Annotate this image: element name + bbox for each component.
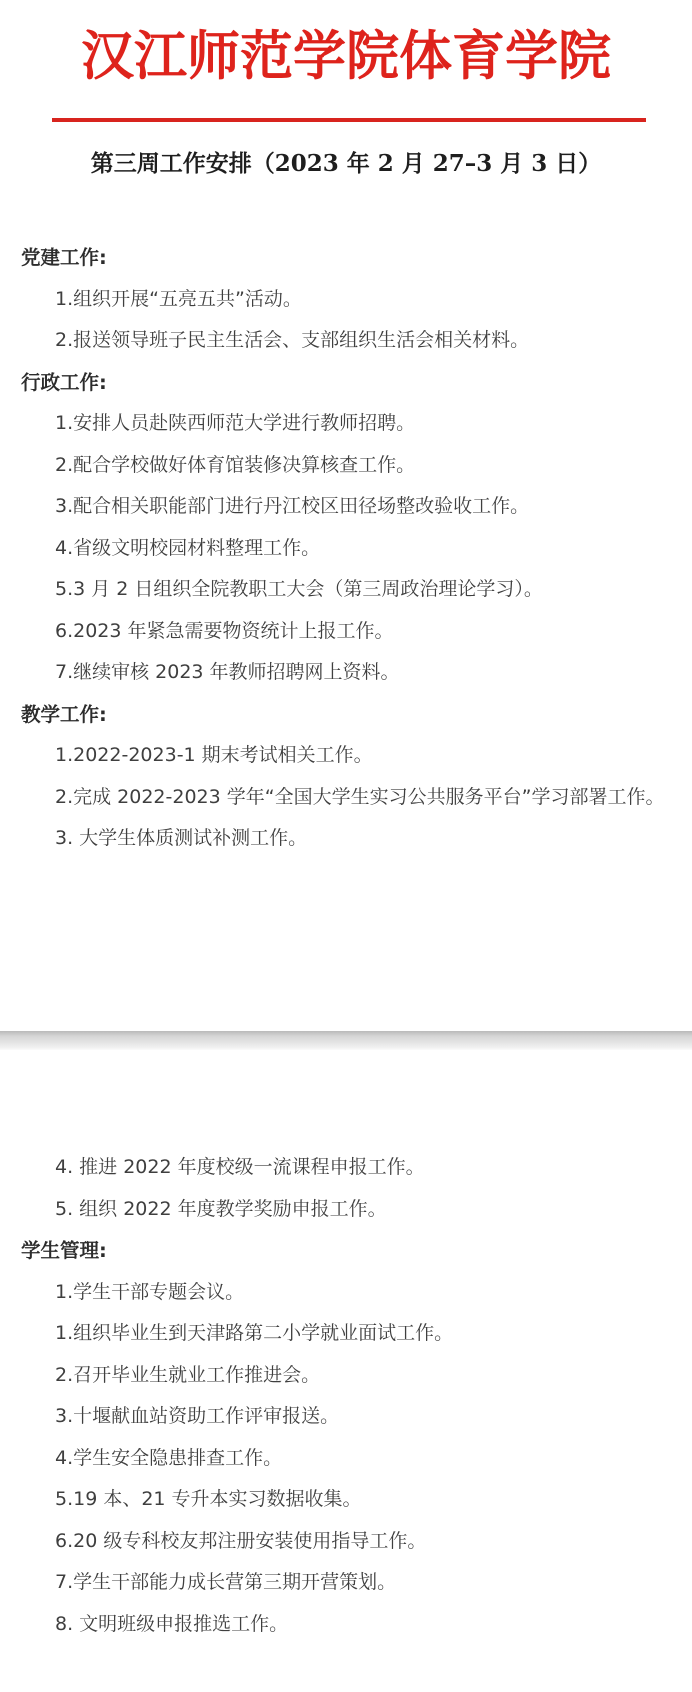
doc-title: 汉江师范学院体育学院 (0, 24, 692, 89)
section-heading-student-management: 学生管理: (21, 1230, 692, 1272)
title-divider-rule (52, 118, 646, 122)
section-heading-party-building: 党建工作: (21, 237, 692, 279)
page-2: 4. 推进 2022 年度校级一流课程申报工作。 5. 组织 2022 年度教学… (0, 1050, 692, 1692)
work-item: 4.省级文明校园材料整理工作。 (6, 528, 679, 570)
work-item: 7.继续审核 2023 年教师招聘网上资料。 (6, 652, 679, 694)
work-item: 6.20 级专科校友邦注册安装使用指导工作。 (6, 1521, 679, 1563)
doc-subtitle: 第三周工作安排（2023 年 2 月 27–3 月 3 日） (0, 146, 692, 183)
page-1-content: 党建工作: 1.组织开展“五亮五共”活动。 2.报送领导班子民主生活会、支部组织… (0, 237, 692, 860)
work-item: 1.学生干部专题会议。 (6, 1272, 679, 1314)
page-1: 汉江师范学院体育学院 第三周工作安排（2023 年 2 月 27–3 月 3 日… (0, 0, 692, 1032)
work-item: 4.学生安全隐患排查工作。 (6, 1438, 679, 1480)
work-item: 7.学生干部能力成长营第三期开营策划。 (6, 1562, 679, 1604)
work-item: 1.组织开展“五亮五共”活动。 (6, 279, 679, 321)
work-item: 2.召开毕业生就业工作推进会。 (6, 1355, 679, 1397)
work-item: 1.安排人员赴陕西师范大学进行教师招聘。 (6, 403, 679, 445)
work-item: 6.2023 年紧急需要物资统计上报工作。 (6, 611, 679, 653)
work-item: 1.2022-2023-1 期末考试相关工作。 (6, 735, 679, 777)
work-item: 2.报送领导班子民主生活会、支部组织生活会相关材料。 (6, 320, 679, 362)
work-item: 2.配合学校做好体育馆装修决算核查工作。 (6, 445, 679, 487)
page-break-gap (0, 1031, 692, 1050)
work-item: 5.3 月 2 日组织全院教职工大会（第三周政治理论学习）。 (6, 569, 679, 611)
work-item: 1.组织毕业生到天津路第二小学就业面试工作。 (6, 1313, 679, 1355)
work-item: 2.完成 2022-2023 学年“全国大学生实习公共服务平台”学习部署工作。 (6, 777, 679, 819)
page-2-content: 4. 推进 2022 年度校级一流课程申报工作。 5. 组织 2022 年度教学… (0, 1147, 692, 1645)
work-item: 3.配合相关职能部门进行丹江校区田径场整改验收工作。 (6, 486, 679, 528)
work-item: 5.19 本、21 专升本实习数据收集。 (6, 1479, 679, 1521)
work-item: 8. 文明班级申报推选工作。 (6, 1604, 679, 1646)
document: 汉江师范学院体育学院 第三周工作安排（2023 年 2 月 27–3 月 3 日… (0, 0, 692, 1692)
work-item: 3. 大学生体质测试补测工作。 (6, 818, 679, 860)
work-item: 4. 推进 2022 年度校级一流课程申报工作。 (6, 1147, 679, 1189)
section-heading-administrative: 行政工作: (21, 362, 692, 404)
work-item: 3.十堰献血站资助工作评审报送。 (6, 1396, 679, 1438)
section-heading-teaching: 教学工作: (21, 694, 692, 736)
work-item: 5. 组织 2022 年度教学奖励申报工作。 (6, 1189, 679, 1231)
